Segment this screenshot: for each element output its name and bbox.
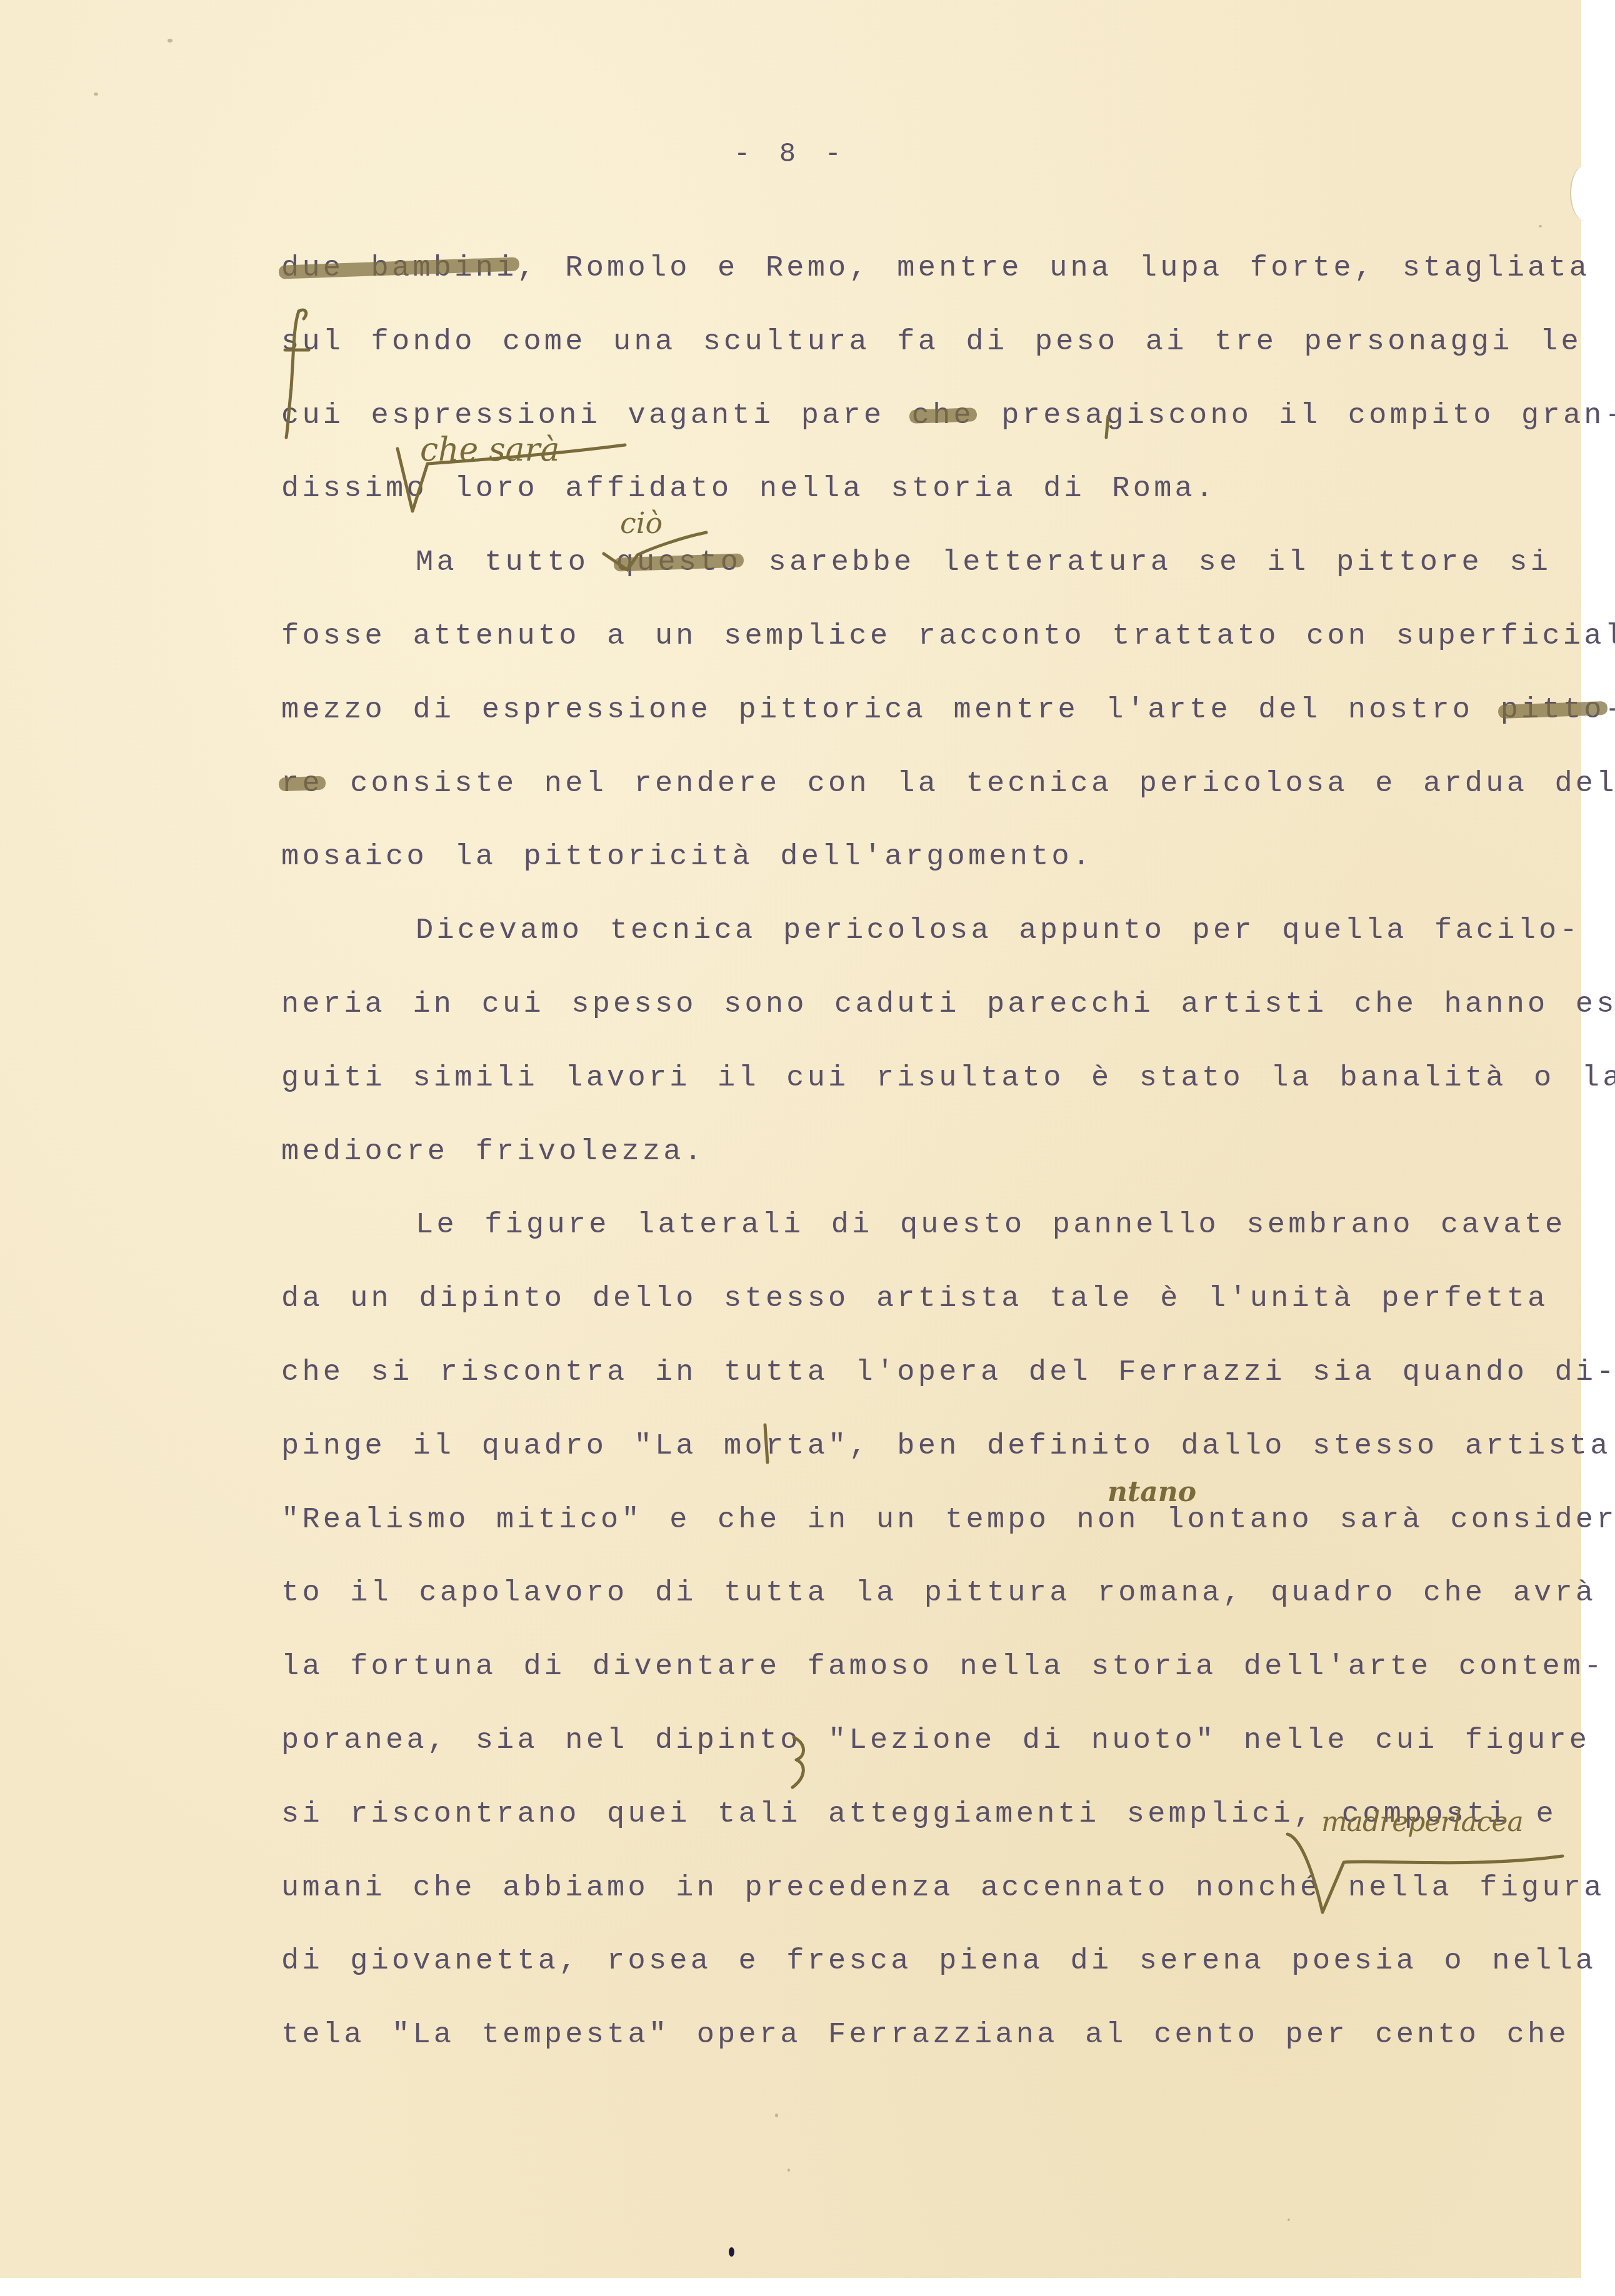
scanned-page: - 8 - due bambini, Romolo e Remo, mentre…	[0, 0, 1615, 2296]
handwritten-marks	[0, 0, 1581, 2278]
annotation-cio: ciò	[620, 506, 662, 540]
annotation-ntano: ntano	[1107, 1476, 1196, 1508]
paper-sheet: - 8 - due bambini, Romolo e Remo, mentre…	[0, 0, 1581, 2278]
annotation-madreperlacea: madreperlacea	[1321, 1806, 1523, 1838]
paper-notch	[1570, 166, 1599, 221]
ink-dot	[729, 2247, 734, 2257]
annotation-che-sara: che sarà	[420, 431, 559, 469]
